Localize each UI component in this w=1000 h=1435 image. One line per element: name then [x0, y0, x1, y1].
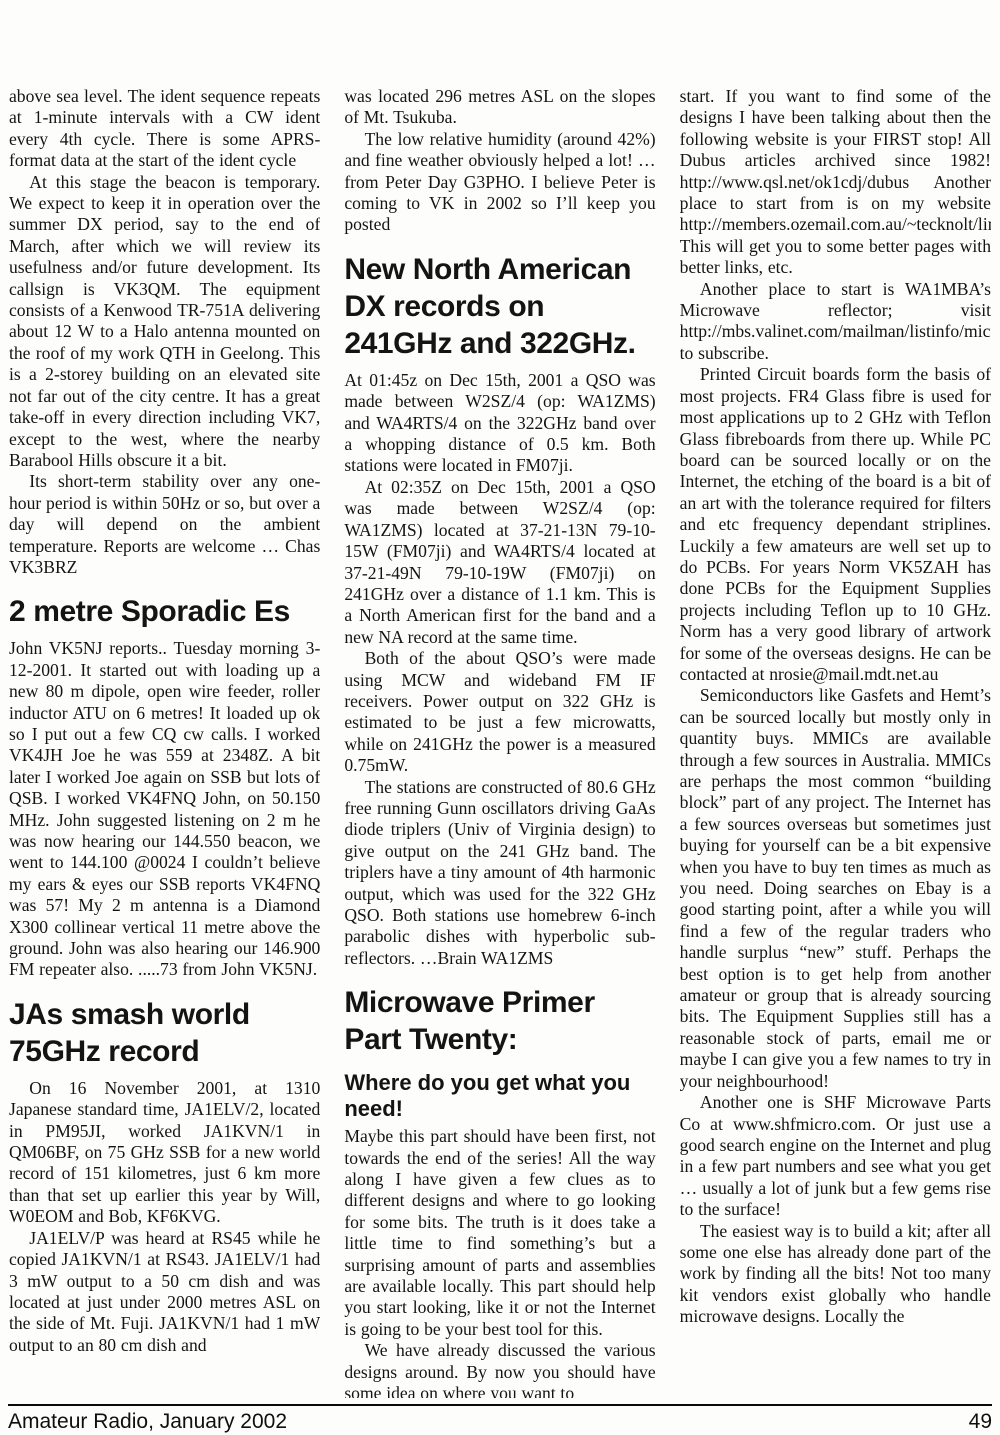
article-columns: above sea level. The ident sequence repe…: [9, 86, 991, 1398]
page-footer: Amateur Radio, January 2002 49: [8, 1404, 992, 1434]
paragraph: At this stage the beacon is temporary. W…: [9, 172, 320, 472]
paragraph: Maybe this part should have been first, …: [344, 1126, 655, 1340]
section-heading: Microwave Primer Part Twenty:: [344, 984, 655, 1058]
magazine-page: above sea level. The ident sequence repe…: [0, 0, 1000, 1435]
paragraph: start. If you want to find some of the d…: [680, 86, 991, 279]
footer-page-number: 49: [969, 1410, 992, 1434]
paragraph: We have already discussed the various de…: [344, 1340, 655, 1398]
paragraph: John VK5NJ reports.. Tuesday morning 3-1…: [9, 638, 320, 981]
column-3: start. If you want to find some of the d…: [680, 86, 991, 1398]
paragraph: At 02:35Z on Dec 15th, 2001 a QSO was ma…: [344, 477, 655, 648]
paragraph: At 01:45z on Dec 15th, 2001 a QSO was ma…: [344, 370, 655, 477]
paragraph: was located 296 metres ASL on the slopes…: [344, 86, 655, 129]
section-heading: New North American DX records on 241GHz …: [344, 251, 655, 362]
paragraph: Printed Circuit boards form the basis of…: [680, 364, 991, 685]
section-heading: JAs smash world 75GHz record: [9, 996, 320, 1070]
paragraph: On 16 November 2001, at 1310 Japanese st…: [9, 1078, 320, 1228]
paragraph: above sea level. The ident sequence repe…: [9, 86, 320, 172]
paragraph: The low relative humidity (around 42%) a…: [344, 129, 655, 236]
paragraph: Another place to start is WA1MBA’s Micro…: [680, 279, 991, 365]
paragraph: The easiest way is to build a kit; after…: [680, 1221, 991, 1328]
column-2: was located 296 metres ASL on the slopes…: [344, 86, 655, 1398]
paragraph: The stations are constructed of 80.6 GHz…: [344, 777, 655, 970]
footer-journal-title: Amateur Radio, January 2002: [8, 1410, 287, 1434]
paragraph: JA1ELV/P was heard at RS45 while he copi…: [9, 1228, 320, 1356]
section-heading: 2 metre Sporadic Es: [9, 593, 320, 630]
paragraph: Semiconductors like Gasfets and Hemt’s c…: [680, 685, 991, 1092]
column-1: above sea level. The ident sequence repe…: [9, 86, 320, 1398]
sub-heading: Where do you get what you need!: [344, 1070, 655, 1122]
paragraph: Another one is SHF Microwave Parts Co at…: [680, 1092, 991, 1220]
paragraph: Its short-term stability over any one-ho…: [9, 471, 320, 578]
paragraph: Both of the about QSO’s were made using …: [344, 648, 655, 776]
